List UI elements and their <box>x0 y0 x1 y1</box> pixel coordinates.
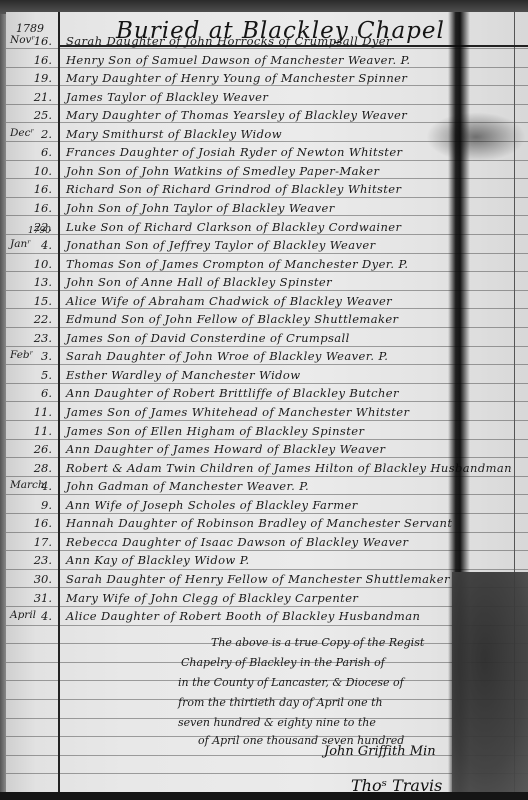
entry-text: Richard Son of Richard Grindrod of Black… <box>66 182 401 196</box>
certificate-line: Chapelry of Blackley in the Parish of <box>181 656 385 669</box>
entry-text: Sarah Daughter of Henry Fellow of Manche… <box>66 572 450 586</box>
entry-day: 10. <box>6 164 52 178</box>
scan-bottom-border <box>0 792 528 800</box>
entry-day: 4. <box>6 479 52 493</box>
entry-day: 22. <box>6 220 52 234</box>
entry-day: 21. <box>6 90 52 104</box>
entry-text: John Son of Anne Hall of Blackley Spinst… <box>66 275 332 289</box>
entry-day: 25. <box>6 108 52 122</box>
entry-day: 31. <box>6 591 52 605</box>
entry-text: Mary Smithurst of Blackley Widow <box>66 127 282 141</box>
entry-day: 23. <box>6 553 52 567</box>
entry-day: 11. <box>6 424 52 438</box>
entry-day: 9. <box>6 498 52 512</box>
entry-day: 11. <box>6 405 52 419</box>
entry-day: 16. <box>6 34 52 48</box>
entry-text: Hannah Daughter of Robinson Bradley of M… <box>66 516 452 530</box>
entry-day: 13. <box>6 275 52 289</box>
entry-day: 10. <box>6 257 52 271</box>
entry-text: Luke Son of Richard Clarkson of Blackley… <box>66 220 401 234</box>
entry-day: 6. <box>6 386 52 400</box>
entry-day: 28. <box>6 461 52 475</box>
entry-text: Esther Wardley of Manchester Widow <box>66 368 301 382</box>
entry-day: 22. <box>6 312 52 326</box>
entry-day: 19. <box>6 71 52 85</box>
entry-day: 3. <box>6 349 52 363</box>
certificate-line: from the thirtieth day of April one th <box>178 696 383 709</box>
entry-text: Thomas Son of James Crompton of Manchest… <box>66 257 408 271</box>
entry-text: Henry Son of Samuel Dawson of Manchester… <box>66 53 410 67</box>
entry-day: 17. <box>6 535 52 549</box>
minister-signature: John Griffith Min <box>324 744 436 759</box>
entry-day: 4. <box>6 609 52 623</box>
entry-text: Jonathan Son of Jeffrey Taylor of Blackl… <box>66 238 376 252</box>
entry-text: Sarah Daughter of John Wroe of Blackley … <box>66 349 388 363</box>
entry-text: Ann Wife of Joseph Scholes of Blackley F… <box>66 498 358 512</box>
register-page: 1789 Buried at Blackley Chapel 1790 Novʳ… <box>6 12 528 792</box>
entry-text: Frances Daughter of Josiah Ryder of Newt… <box>66 145 402 159</box>
entry-day: 30. <box>6 572 52 586</box>
entry-text: John Son of John Watkins of Smedley Pape… <box>66 164 379 178</box>
entry-text: John Gadman of Manchester Weaver. P. <box>66 479 309 493</box>
entry-text: John Son of John Taylor of Blackley Weav… <box>66 201 335 215</box>
entry-text: Robert & Adam Twin Children of James Hil… <box>66 461 512 475</box>
entry-text: Ann Daughter of Robert Brittliffe of Bla… <box>66 386 399 400</box>
entry-day: 15. <box>6 294 52 308</box>
entry-text: Sarah Daughter of John Horrocks of Crump… <box>66 34 392 48</box>
entry-day: 26. <box>6 442 52 456</box>
certificate-line: The above is a true Copy of the Regist <box>211 636 424 649</box>
entry-day: 16. <box>6 201 52 215</box>
entry-text: Mary Daughter of Thomas Yearsley of Blac… <box>66 108 407 122</box>
entry-text: James Son of David Consterdine of Crumps… <box>66 331 350 345</box>
entry-text: Alice Wife of Abraham Chadwick of Blackl… <box>66 294 392 308</box>
ink-blot <box>426 112 526 162</box>
entry-day: 23. <box>6 331 52 345</box>
entry-day: 5. <box>6 368 52 382</box>
certificate-line: seven hundred & eighty nine to the <box>178 716 376 729</box>
entry-text: James Son of James Whitehead of Manchest… <box>66 405 409 419</box>
entry-text: James Taylor of Blackley Weaver <box>66 90 268 104</box>
entry-text: Ann Daughter of James Howard of Blackley… <box>66 442 385 456</box>
entry-day: 2. <box>6 127 52 141</box>
entry-text: Rebecca Daughter of Isaac Dawson of Blac… <box>66 535 408 549</box>
entry-day: 16. <box>6 53 52 67</box>
entry-day: 16. <box>6 182 52 196</box>
certificate-line: in the County of Lancaster, & Diocese of <box>178 676 404 689</box>
entry-text: James Son of Ellen Higham of Blackley Sp… <box>66 424 364 438</box>
warden-signature: Thoˢ Travis <box>351 776 442 792</box>
entry-text: Ann Kay of Blackley Widow P. <box>66 553 250 567</box>
entry-text: Edmund Son of John Fellow of Blackley Sh… <box>66 312 398 326</box>
entry-day: 16. <box>6 516 52 530</box>
entry-day: 6. <box>6 145 52 159</box>
entry-text: Alice Daughter of Robert Booth of Blackl… <box>66 609 420 623</box>
damaged-corner <box>452 572 528 792</box>
entry-text: Mary Wife of John Clegg of Blackley Carp… <box>66 591 358 605</box>
entry-day: 4. <box>6 238 52 252</box>
entry-text: Mary Daughter of Henry Young of Manchest… <box>66 71 407 85</box>
